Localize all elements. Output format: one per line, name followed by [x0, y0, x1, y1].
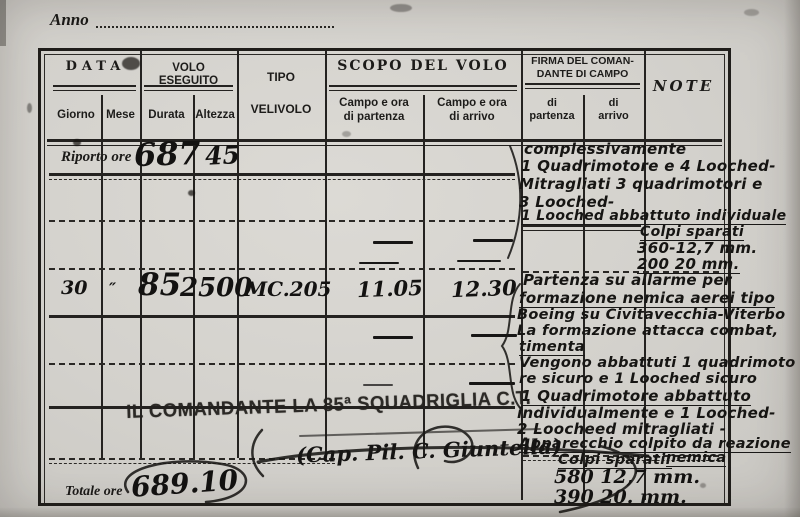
grid-line	[49, 315, 515, 318]
note-line: timenta	[519, 339, 585, 356]
scan-edge-shadow	[784, 0, 800, 517]
col-header-firma-1: FIRMA DEL COMAN-	[523, 55, 642, 68]
note-line: 390 20. mm.	[554, 486, 687, 508]
grid-line	[49, 220, 515, 222]
scan-edge-shadow	[0, 0, 6, 46]
col-header-firma-arrivo-1: di	[585, 97, 642, 110]
pen-dash-mark	[473, 239, 513, 242]
pen-dash-mark	[363, 384, 393, 386]
col-header-firma-partenza-1: di	[523, 97, 581, 110]
note-line: Partenza su allarme per	[523, 271, 732, 289]
note-line: complessivamente	[524, 140, 686, 158]
ink-smudge	[73, 139, 81, 146]
grid-line	[49, 458, 335, 460]
ink-smudge	[390, 4, 412, 12]
logbook-scan-page: Anno	[0, 0, 800, 517]
pen-dash-mark	[373, 336, 413, 339]
pen-dash-mark	[471, 334, 517, 337]
cell-ora-arrivo: 12.30	[451, 275, 518, 302]
col-header-volo-eseguito: VOLO ESEGUITO	[142, 62, 235, 88]
ink-smudge	[188, 190, 195, 196]
grid-line	[523, 230, 641, 231]
col-header-firma-partenza-2: partenza	[523, 110, 581, 123]
col-header-giorno: Giorno	[53, 109, 99, 122]
col-header-altezza: Altezza	[194, 109, 236, 122]
grid-line	[525, 83, 640, 85]
riporto-hours: 687	[133, 134, 201, 174]
col-header-note: NOTE	[646, 77, 721, 95]
grid-line	[523, 225, 641, 227]
col-header-scopo: SCOPO DEL VOLO	[325, 58, 521, 74]
pen-dash-mark	[469, 382, 515, 385]
note-line: 1 Quadrimotore e 4 Looched-	[521, 157, 776, 175]
note-line: Boeing su Civitavecchia-Viterbo	[517, 307, 785, 323]
grid-line	[49, 463, 335, 464]
scan-edge-shadow	[0, 507, 800, 517]
note-line: Vengono abbattuti 1 quadrimoto	[519, 355, 796, 371]
col-header-tipo: TIPO	[239, 71, 323, 84]
pen-dash-mark	[457, 260, 501, 262]
grid-line	[49, 173, 515, 176]
grid-line	[329, 90, 517, 91]
grid-line	[53, 85, 136, 87]
cell-durata: 85	[138, 267, 181, 303]
col-header-durata: Durata	[141, 109, 192, 122]
col-header-campo-arrivo-1: Campo e ora	[425, 97, 519, 110]
cell-mese-ditto: ″	[109, 279, 116, 298]
ink-smudge	[744, 9, 759, 16]
totale-label: Totale ore	[65, 484, 122, 500]
grid-line	[525, 88, 640, 89]
note-line: 1 Looched abbattuto individuale	[521, 208, 786, 225]
col-header-mese: Mese	[102, 109, 139, 122]
anno-dotted-line	[96, 26, 334, 28]
note-line: Mitragliati 3 quadrimotori e	[519, 175, 763, 193]
col-header-firma-arrivo-2: arrivo	[585, 110, 642, 123]
note-line: re sicuro e 1 Looched sicuro	[519, 371, 757, 387]
col-header-velivolo: VELIVOLO	[239, 103, 323, 116]
ink-smudge	[27, 103, 32, 113]
riporto-label: Riporto ore	[61, 149, 131, 166]
cell-altezza: 2500	[180, 273, 252, 303]
riporto-minutes: 45	[204, 140, 240, 171]
grid-line	[49, 268, 515, 270]
grid-line	[329, 85, 517, 87]
note-line: 580 12,7 mm.	[554, 466, 700, 488]
cell-giorno: 30	[61, 277, 87, 299]
note-line: La formazione attacca combat,	[517, 323, 778, 339]
grid-line	[49, 179, 515, 180]
col-header-campo-arrivo-2: di arrivo	[425, 111, 519, 124]
grid-line	[53, 90, 136, 91]
cell-tipo-velivolo: MC.205	[245, 277, 331, 301]
anno-label: Anno	[50, 10, 89, 30]
note-line: nemica	[666, 450, 726, 467]
col-header-campo-partenza-2: di partenza	[327, 111, 421, 124]
ink-smudge	[700, 483, 706, 488]
cell-ora-partenza: 11.05	[357, 275, 424, 302]
pen-dash-mark	[359, 262, 399, 264]
ink-smudge	[122, 57, 140, 70]
ink-smudge	[342, 131, 351, 137]
pen-dash-mark	[373, 241, 413, 244]
grid-line	[49, 363, 515, 365]
note-line: formazione nemica aerei tipo	[519, 289, 775, 308]
grid-line	[144, 90, 233, 91]
col-header-firma-2: DANTE DI CAMPO	[523, 68, 642, 81]
col-header-campo-partenza-1: Campo e ora	[327, 97, 421, 110]
